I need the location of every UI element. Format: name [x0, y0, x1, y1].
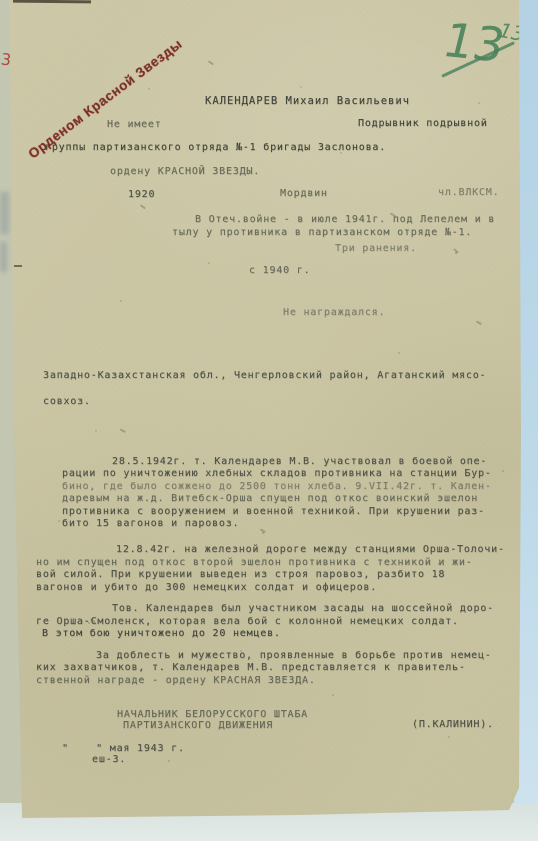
home-address-line2: совхоз.	[43, 396, 91, 407]
home-address-line1: Западно-Казахстанская обл., Ченгерловски…	[43, 370, 486, 381]
body-line: рации по уничтожению хлебных складов про…	[62, 468, 492, 479]
body-line: бито 15 вагонов и паровоз.	[62, 518, 239, 529]
service-line1: В Отеч.войне - в июле 1941г. под Лепелем…	[195, 214, 495, 225]
typist-note: еш-3.	[92, 754, 126, 765]
handwritten-page-number-large: 13	[437, 13, 510, 73]
paper-fleck	[140, 205, 146, 210]
body-line: 12.8.42г. на железной дороге между станц…	[116, 544, 505, 555]
page-edge-tick	[14, 265, 22, 267]
body-line: но им спущен под откос второй эшелон про…	[36, 557, 473, 568]
underlay-page-showthrough	[0, 242, 7, 272]
paper-speckles	[0, 0, 2, 2]
signer-title-line1: НАЧАЛЬНИК БЕЛОРУССКОГО ШТАБА	[117, 709, 308, 720]
paper-fleck	[476, 321, 482, 325]
paper-fleck	[208, 61, 214, 66]
body-line: даревым на ж.д. Витебск-Орша спущен под …	[62, 493, 478, 504]
body-line: В этом бою уничтожено до 20 немцев.	[42, 628, 281, 639]
body-line: 28.5.1942г. т. Календарев М.В. участвова…	[112, 456, 487, 467]
signer-title-line2: ПАРТИЗАНСКОГО ДВИЖЕНИЯ	[123, 720, 273, 731]
body-line: ких захватчиков, т. Календарев М.В. пред…	[36, 662, 466, 673]
body-line: противника с вооружением и военной техни…	[62, 506, 485, 517]
signer-name: (П.КАЛИНИН).	[412, 719, 494, 730]
paper-fleck	[120, 429, 126, 433]
body-line: бино, где было сожжено до 2500 тонн хлеб…	[62, 481, 492, 492]
service-line2: тылу у противника в партизанском отряде …	[172, 227, 472, 238]
previous-awards: Не награждался.	[283, 307, 385, 318]
paper-fleck	[260, 529, 266, 533]
in-red-army-since: с 1940 г.	[249, 265, 310, 276]
body-line: вой силой. При крушении выведен из строя…	[36, 569, 445, 580]
date-line: " " мая 1943 г.	[62, 743, 185, 754]
recipient-name: КАЛЕНДАРЕВ Михаил Васильевич	[205, 95, 410, 107]
body-line: За доблесть и мужество, проявленные в бо…	[96, 650, 492, 661]
document-page: Орденом Красной Звезды 13 13 КАЛЕНДАРЕВ …	[0, 0, 538, 841]
page-top-edge-shadow	[13, 0, 91, 3]
awards-status: Не имеет	[107, 119, 162, 130]
position-line2: группы партизанского отряда №-1 бригады …	[45, 142, 386, 153]
body-line: ге Орша-Смоленск, которая вела бой с кол…	[36, 616, 459, 627]
body-line: Тов. Календарев был участником засады на…	[112, 603, 494, 614]
body-line: вагонов и убито до 300 немецких солдат и…	[36, 582, 377, 593]
award-proposed: ордену КРАСНОЙ ЗВЕЗДЫ.	[110, 166, 260, 177]
body-line: ственной награде - ордену КРАСНАЯ ЗВЕЗДА…	[36, 675, 316, 686]
party-membership: чл.ВЛКСМ.	[438, 187, 499, 198]
birth-year: 1920	[128, 189, 155, 200]
paper-fleck	[453, 248, 459, 253]
scanned-document: { "colors": { "paper": "#cbc6a4", "typew…	[0, 0, 538, 841]
nationality: Мордвин	[280, 188, 328, 199]
wounds: Три ранения.	[335, 243, 417, 254]
position-line1: Подрывник подрывной	[358, 118, 488, 129]
underlay-page-showthrough	[0, 192, 9, 234]
